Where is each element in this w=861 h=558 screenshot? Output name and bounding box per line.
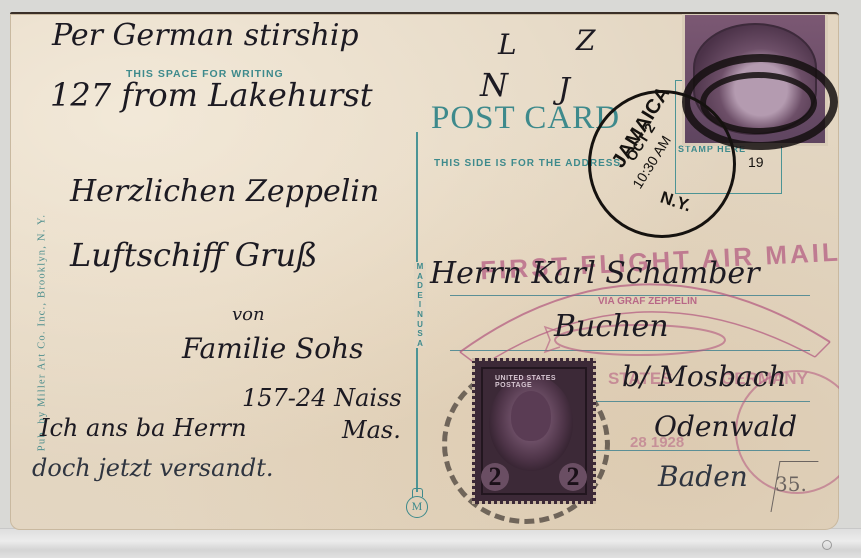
made-in-letter: E bbox=[414, 291, 426, 301]
made-in-letter: I bbox=[414, 300, 426, 310]
made-in-letter: M bbox=[414, 262, 426, 272]
cachet-subtitle: VIA GRAF ZEPPELIN bbox=[598, 296, 697, 307]
made-in-letter: A bbox=[414, 339, 426, 349]
made-in-letter: N bbox=[414, 310, 426, 320]
address-line-recipient: Herrn Karl Schamber bbox=[430, 256, 760, 291]
message-line: von bbox=[232, 304, 265, 325]
stamp-label: UNITED STATES POSTAGE bbox=[495, 375, 593, 389]
card-holder-sleeve bbox=[0, 528, 861, 558]
message-line: 157-24 Naiss bbox=[242, 384, 402, 412]
message-line: Herzlichen Zeppelin bbox=[70, 174, 379, 209]
handwritten-routing-line-2: 127 from Lakehurst bbox=[50, 76, 373, 114]
lincoln-portrait bbox=[511, 391, 551, 441]
lincoln-2c-stamp: UNITED STATES POSTAGE 2 2 bbox=[472, 358, 596, 504]
holder-rivet bbox=[822, 540, 832, 550]
postcard: THIS SPACE FOR WRITING Pub. by Miller Ar… bbox=[10, 12, 839, 530]
stamp-denomination-left: 2 bbox=[481, 463, 509, 491]
made-in-letter: A bbox=[414, 272, 426, 282]
made-in-usa-vertical: MADEINUSA bbox=[414, 262, 426, 348]
message-line: Familie Sohs bbox=[182, 332, 364, 365]
publisher-imprint: Pub. by Miller Art Co. Inc., Brooklyn, N… bbox=[37, 173, 48, 493]
message-line: doch jetzt versandt. bbox=[32, 454, 274, 482]
postmark-year: 19 bbox=[748, 154, 764, 170]
post-card-title: POST CARD bbox=[431, 100, 620, 137]
made-in-letter: D bbox=[414, 281, 426, 291]
pencil-price-note: 35. bbox=[775, 472, 807, 496]
publisher-logo: M bbox=[406, 496, 428, 518]
handwritten-routing-line-1: Per German stirship bbox=[52, 18, 359, 53]
handwritten-n: N bbox=[480, 66, 508, 104]
made-in-letter: U bbox=[414, 320, 426, 330]
address-line-region: Odenwald bbox=[654, 410, 797, 443]
address-line-town: Buchen bbox=[554, 309, 669, 344]
stamp-denomination-right: 2 bbox=[559, 463, 587, 491]
handwritten-j: J bbox=[558, 72, 570, 107]
made-in-letter: S bbox=[414, 329, 426, 339]
handwritten-l: L bbox=[498, 28, 517, 61]
message-line: Luftschiff Gruß bbox=[70, 236, 317, 274]
message-line: Ich ans ba Herrn bbox=[40, 414, 247, 442]
address-line-near: b/ Mosbach bbox=[622, 360, 787, 393]
address-line-state: Baden bbox=[658, 460, 748, 493]
handwritten-z: Z bbox=[576, 24, 595, 57]
message-line: Mas. bbox=[342, 416, 401, 444]
